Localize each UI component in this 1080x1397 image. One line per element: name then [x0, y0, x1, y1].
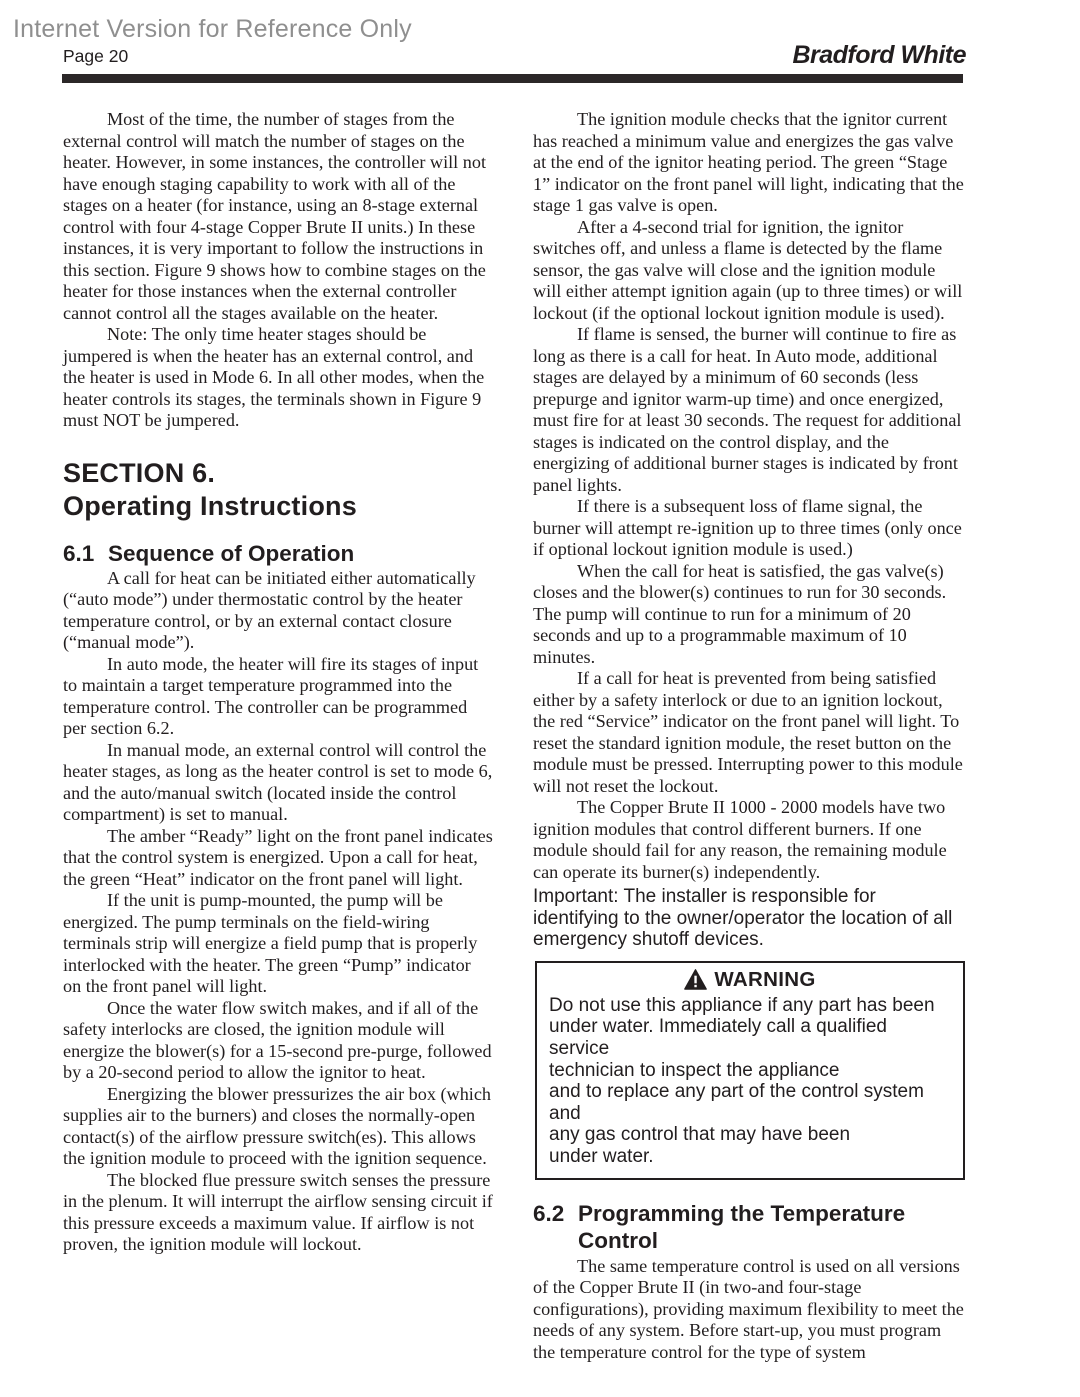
right-column: The ignition module checks that the igni… [533, 109, 965, 1363]
paragraph: The same temperature control is used on … [533, 1256, 965, 1364]
paragraph: Most of the time, the number of stages f… [63, 109, 493, 324]
left-column: Most of the time, the number of stages f… [63, 109, 493, 1256]
paragraph: Once the water flow switch makes, and if… [63, 998, 493, 1084]
paragraph: When the call for heat is satisfied, the… [533, 561, 965, 669]
important-note: Important: The installer is responsible … [533, 886, 965, 951]
paragraph: If the unit is pump-mounted, the pump wi… [63, 890, 493, 998]
warning-line: under water. Immediately call a qualifie… [549, 1016, 951, 1059]
paragraph: If a call for heat is prevented from bei… [533, 668, 965, 797]
document-page: Internet Version for Reference Only Page… [0, 0, 1080, 1397]
paragraph: A call for heat can be initiated either … [63, 568, 493, 654]
subsection-title: Sequence of Operation [108, 540, 354, 567]
warning-triangle-icon [684, 969, 707, 990]
paragraph: In manual mode, an external control will… [63, 740, 493, 826]
brand-logo: Bradford White [792, 41, 966, 70]
warning-line: any gas control that may have been [549, 1124, 951, 1146]
paragraph: The amber “Ready” light on the front pan… [63, 826, 493, 891]
paragraph: If there is a subsequent loss of flame s… [533, 496, 965, 561]
warning-line: technician to inspect the appliance [549, 1060, 951, 1082]
warning-line: and to replace any part of the control s… [549, 1081, 951, 1124]
paragraph: The blocked flue pressure switch senses … [63, 1170, 493, 1256]
subsection-title: Programming the Temperature Control [578, 1200, 965, 1254]
subsection-heading-6-1: 6.1 Sequence of Operation [63, 540, 493, 567]
subsection-heading-6-2: 6.2 Programming the Temperature Control [533, 1200, 965, 1254]
subsection-number: 6.1 [63, 540, 108, 567]
subsection-number: 6.2 [533, 1200, 578, 1254]
section-heading: SECTION 6.Operating Instructions [63, 457, 493, 523]
paragraph: Energizing the blower pressurizes the ai… [63, 1084, 493, 1170]
paragraph: In auto mode, the heater will fire its s… [63, 654, 493, 740]
paragraph: The Copper Brute II 1000 - 2000 models h… [533, 797, 965, 883]
section-heading-line1: SECTION 6. [63, 458, 215, 488]
warning-title: WARNING [549, 967, 951, 993]
paragraph: Note: The only time heater stages should… [63, 324, 493, 432]
warning-line: Do not use this appliance if any part ha… [549, 995, 951, 1017]
warning-title-text: WARNING [714, 967, 815, 993]
warning-line: under water. [549, 1146, 951, 1168]
page-number: Page 20 [63, 46, 128, 67]
paragraph: The ignition module checks that the igni… [533, 109, 965, 217]
watermark-text: Internet Version for Reference Only [13, 15, 412, 44]
warning-box: WARNING Do not use this appliance if any… [535, 961, 965, 1180]
paragraph: After a 4-second trial for ignition, the… [533, 217, 965, 325]
paragraph: If flame is sensed, the burner will cont… [533, 324, 965, 496]
header-rule [62, 74, 963, 83]
section-heading-line2: Operating Instructions [63, 491, 357, 521]
